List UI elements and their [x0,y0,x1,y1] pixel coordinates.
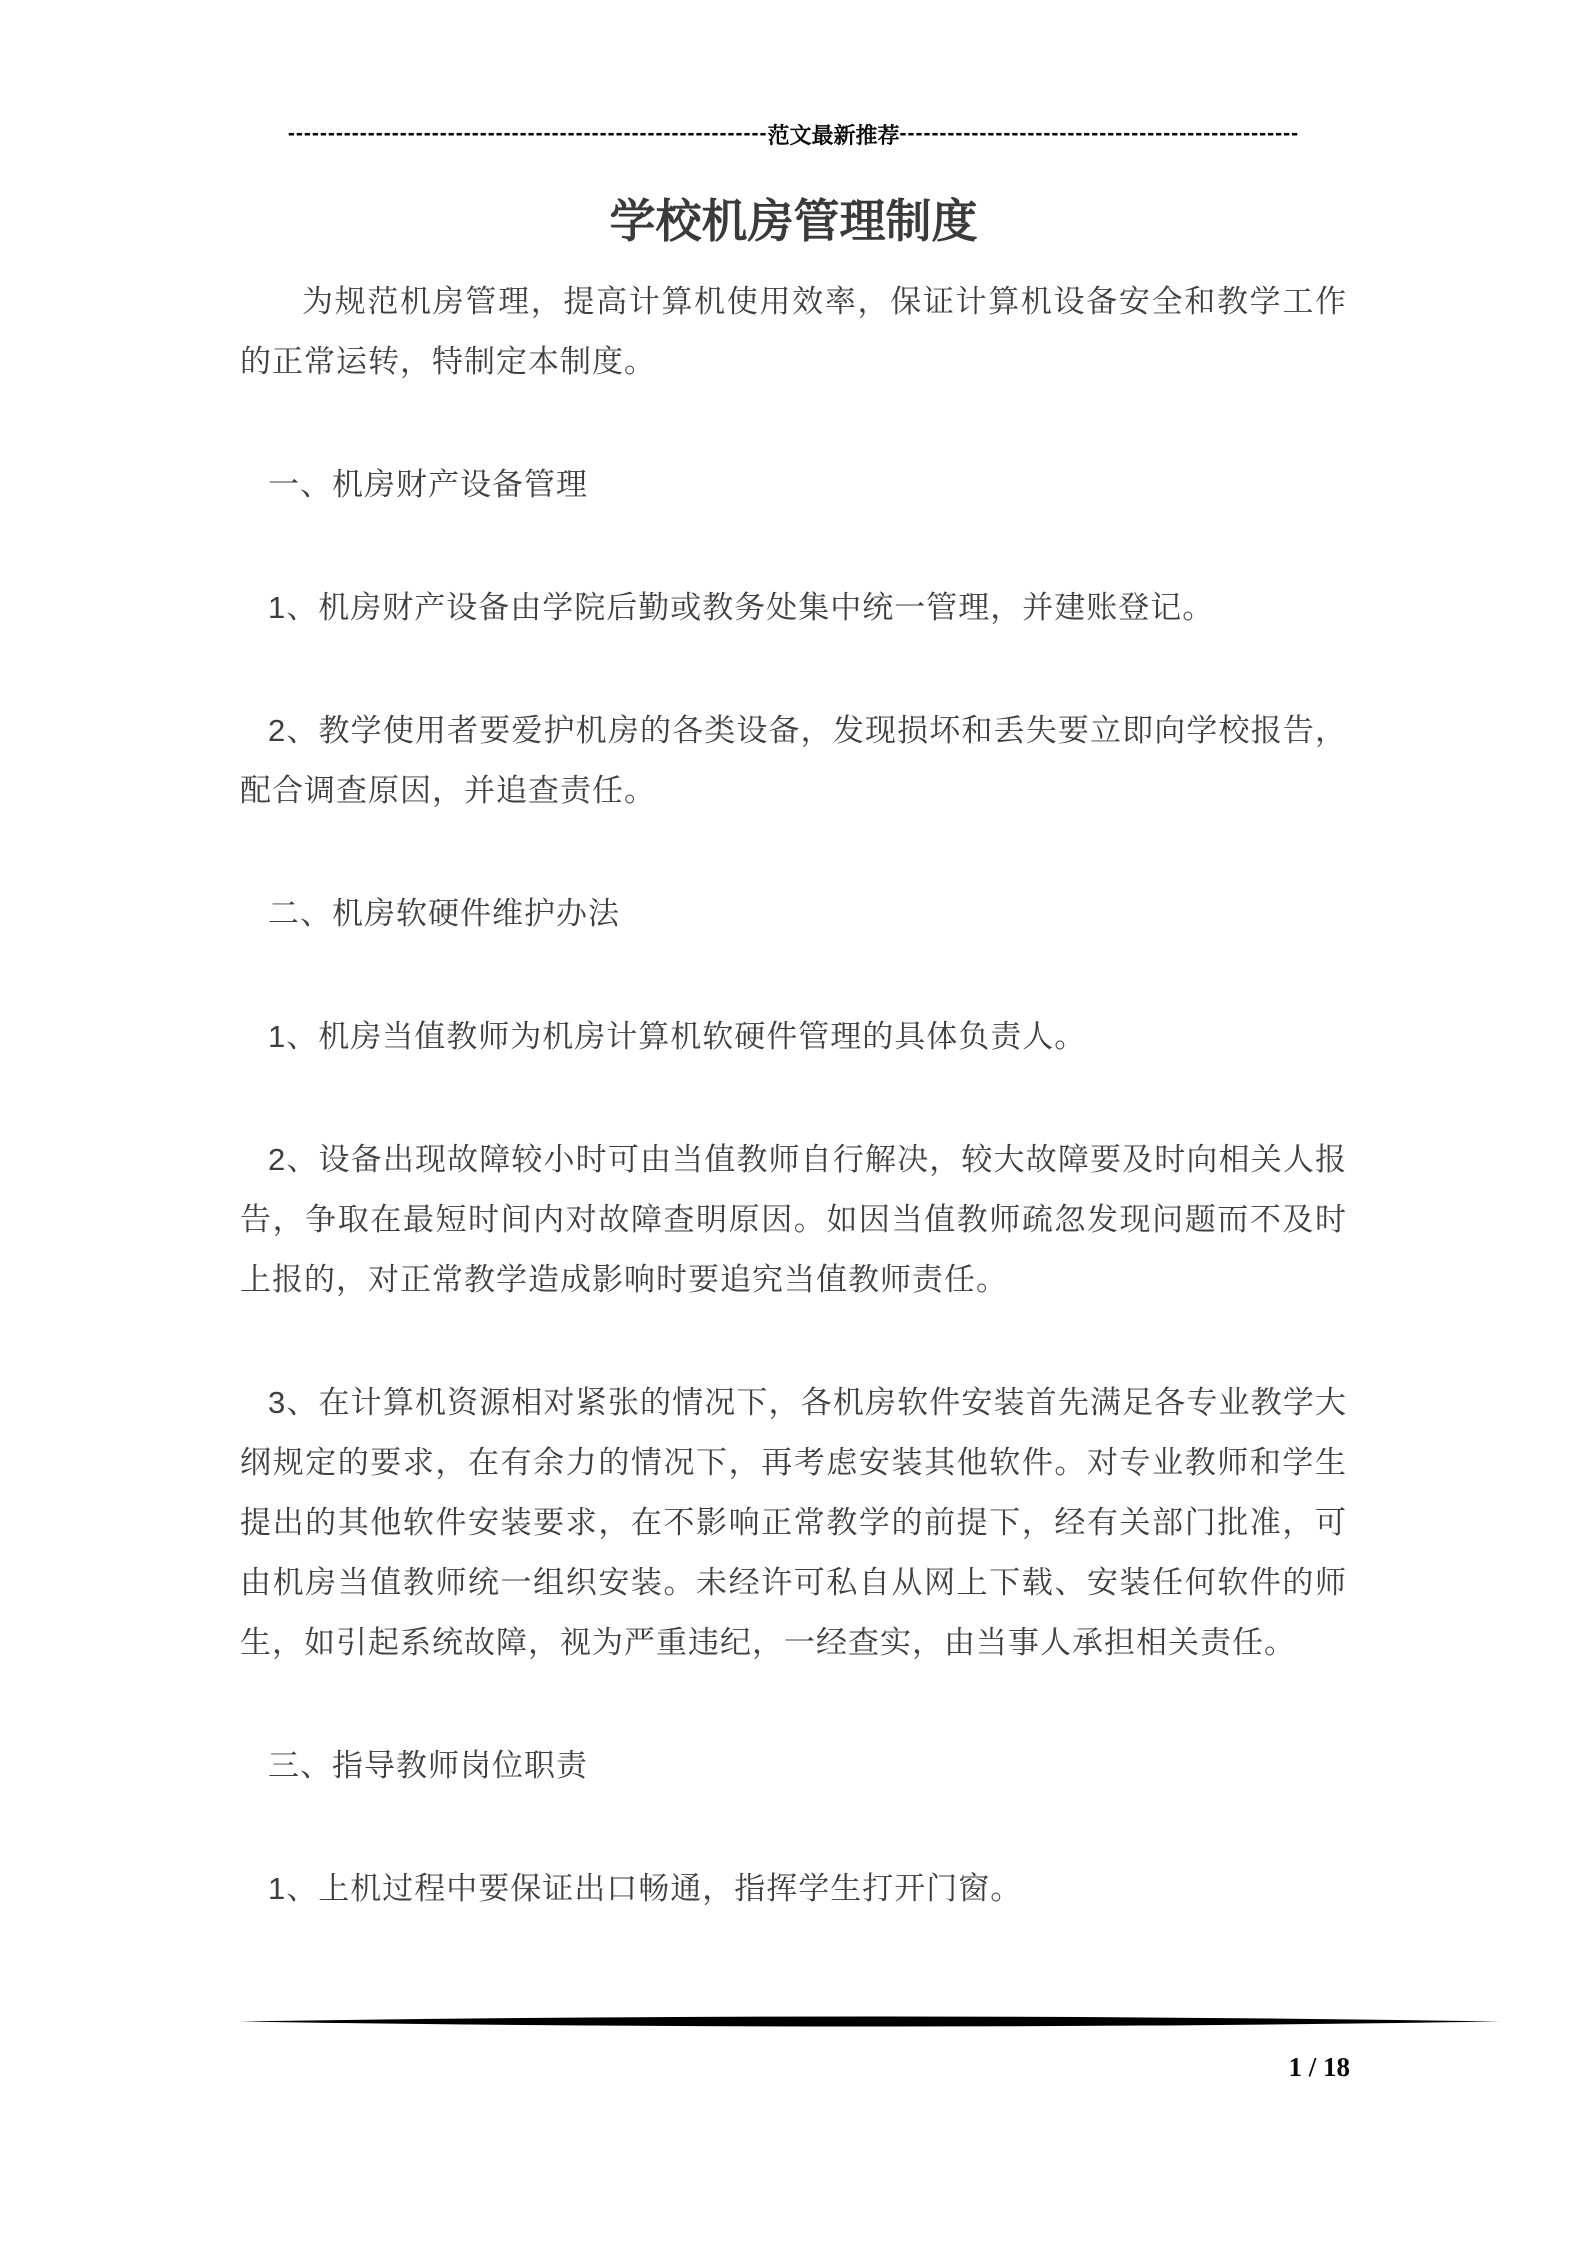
paragraph: 2、设备出现故障较小时可由当值教师自行解决，较大故障要及时向相关人报告，争取在最… [240,1130,1347,1310]
document-body: 为规范机房管理，提高计算机使用效率，保证计算机设备安全和教学工作的正常运转，特制… [240,272,1347,1982]
page-number: 1 / 18 [1288,2052,1350,2083]
paragraph: 为规范机房管理，提高计算机使用效率，保证计算机设备安全和教学工作的正常运转，特制… [240,272,1347,392]
section-heading: 一、机房财产设备管理 [240,455,1347,515]
page-header: ----------------------------------------… [0,112,1587,156]
header-dashes-right: ----------------------------------------… [899,122,1299,146]
footer-divider-line [240,2016,1500,2028]
section-heading: 二、机房软硬件维护办法 [240,884,1347,944]
header-label: 范文最新推荐 [767,119,899,150]
paragraph: 3、在计算机资源相对紧张的情况下，各机房软件安装首先满足各专业教学大纲规定的要求… [240,1373,1347,1673]
section-heading: 三、指导教师岗位职责 [240,1736,1347,1796]
paragraph: 2、教学使用者要爱护机房的各类设备，发现损坏和丢失要立即向学校报告，配合调查原因… [240,701,1347,821]
document-page: ----------------------------------------… [0,0,1587,2245]
paragraph: 1、机房当值教师为机房计算机软硬件管理的具体负责人。 [240,1007,1347,1067]
paragraph: 1、机房财产设备由学院后勤或教务处集中统一管理，并建账登记。 [240,578,1347,638]
document-title: 学校机房管理制度 [240,190,1347,252]
paragraph: 1、上机过程中要保证出口畅通，指挥学生打开门窗。 [240,1859,1347,1919]
header-dashes-left: ----------------------------------------… [288,122,768,146]
